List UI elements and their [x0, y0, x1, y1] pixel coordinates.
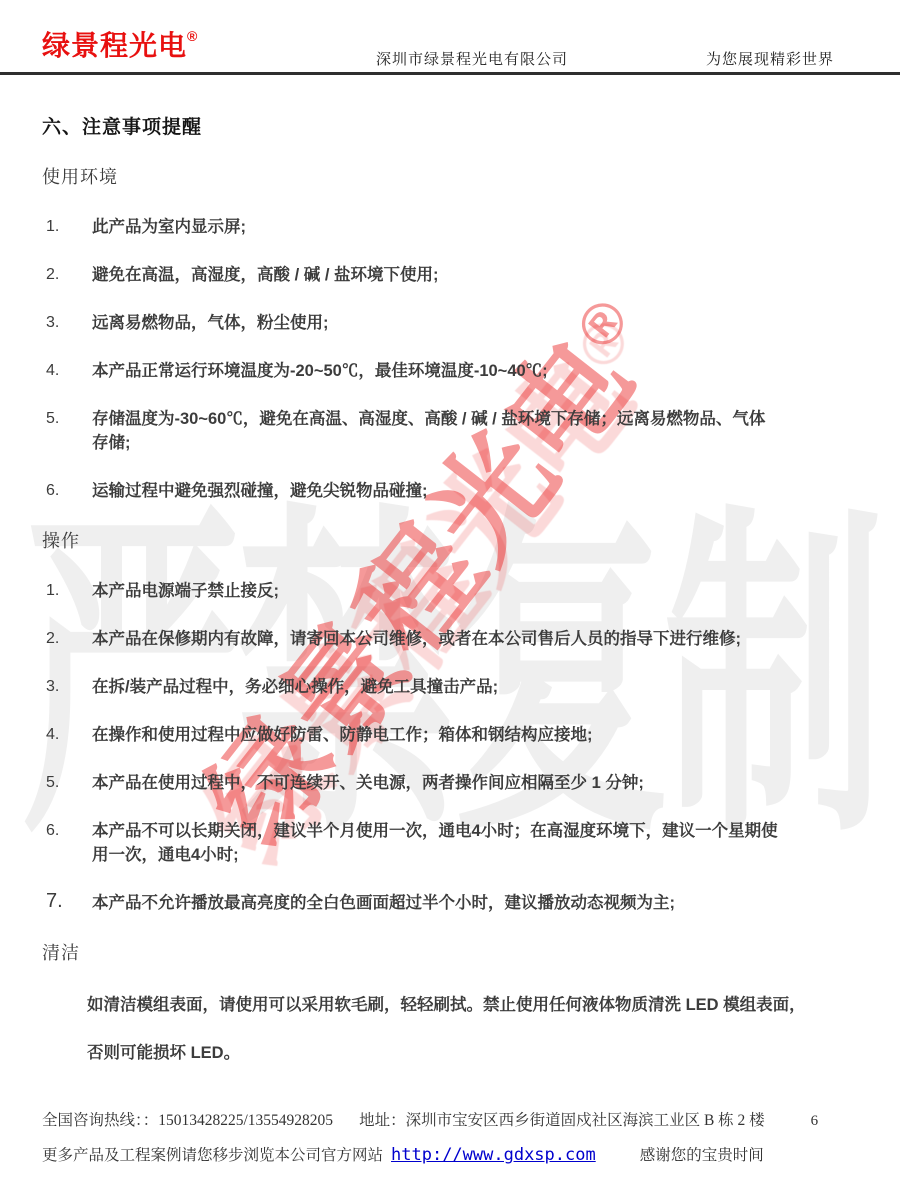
list-item: 2. 避免在高温，高湿度，高酸 / 碱 / 盐环境下使用; [42, 263, 858, 287]
company-slogan: 为您展现精彩世界 [706, 48, 834, 69]
list-item: 2. 本产品在保修期内有故障，请寄回本公司维修，或者在本公司售后人员的指导下进行… [42, 627, 858, 651]
item-text-continued: 用一次，通电4小时; [92, 843, 858, 867]
cleaning-paragraph: 如清洁模组表面，请使用可以采用软毛刷，轻轻刷拭。禁止使用任何液体物质清洗 LED… [42, 993, 858, 1065]
list-item: 1. 本产品电源端子禁止接反; [42, 579, 858, 603]
item-number: 6. [46, 819, 59, 843]
item-number: 7. [46, 889, 63, 913]
item-text: 本产品不可以长期关闭，建议半个月使用一次，通电4小时；在高湿度环境下，建议一个星… [92, 822, 778, 840]
list-item: 7. 本产品不允许播放最高亮度的全白色画面超过半个小时，建议播放动态视频为主; [42, 891, 858, 915]
website-note-text: 更多产品及工程案例请您移步浏览本公司官方网站 [42, 1143, 383, 1165]
list-item: 3. 在拆/装产品过程中，务必细心操作，避免工具撞击产品; [42, 675, 858, 699]
website-link[interactable]: http://www.gdxsp.com [391, 1145, 596, 1165]
item-number: 3. [46, 311, 59, 335]
item-number: 2. [46, 263, 59, 287]
item-text: 在拆/装产品过程中，务必细心操作，避免工具撞击产品; [92, 678, 498, 696]
list-item: 5. 本产品在使用过程中，不可连续开、关电源，两者操作间应相隔至少 1 分钟; [42, 771, 858, 795]
item-text: 本产品在使用过程中，不可连续开、关电源，两者操作间应相隔至少 1 分钟; [92, 774, 644, 792]
item-text-continued: 存储; [92, 431, 858, 455]
company-name: 深圳市绿景程光电有限公司 [376, 48, 568, 69]
page-header: 绿景程光电® 深圳市绿景程光电有限公司 为您展现精彩世界 [0, 0, 900, 75]
list-item: 4. 本产品正常运行环境温度为-20~50℃，最佳环境温度-10~40℃; [42, 359, 858, 383]
item-text: 远离易燃物品，气体，粉尘使用; [92, 314, 329, 332]
list-item: 3. 远离易燃物品，气体，粉尘使用; [42, 311, 858, 335]
list-item: 4. 在操作和使用过程中应做好防雷、防静电工作；箱体和钢结构应接地; [42, 723, 858, 747]
page-title: 六、注意事项提醒 [42, 112, 858, 139]
item-number: 6. [46, 479, 59, 503]
document-body: 六、注意事项提醒 使用环境 1. 此产品为室内显示屏; 2. 避免在高温，高湿度… [0, 112, 900, 1065]
item-text: 本产品在保修期内有故障，请寄回本公司维修，或者在本公司售后人员的指导下进行维修; [92, 630, 741, 648]
item-number: 1. [46, 579, 59, 603]
list-item: 5. 存储温度为-30~60℃，避免在高温、高湿度、高酸 / 碱 / 盐环境下存… [42, 407, 858, 455]
thanks-text: 感谢您的宝贵时间 [640, 1143, 764, 1165]
company-logo-text: 绿景程光电 [42, 30, 187, 61]
item-text: 本产品正常运行环境温度为-20~50℃，最佳环境温度-10~40℃; [92, 362, 548, 380]
section-operation-heading: 操作 [42, 527, 858, 553]
footer-contact-line: 全国咨询热线：：15013428225/13554928205 地址：深圳市宝安… [42, 1108, 858, 1130]
list-item: 1. 此产品为室内显示屏; [42, 215, 858, 239]
item-number: 5. [46, 407, 59, 431]
list-item: 6. 本产品不可以长期关闭，建议半个月使用一次，通电4小时；在高湿度环境下，建议… [42, 819, 858, 867]
footer-website-line: 更多产品及工程案例请您移步浏览本公司官方网站 http://www.gdxsp.… [42, 1143, 858, 1165]
address-text: 地址：深圳市宝安区西乡街道固戍社区海滨工业区 B 栋 2 楼 [359, 1108, 765, 1130]
item-number: 1. [46, 215, 59, 239]
list-item: 6. 运输过程中避免强烈碰撞，避免尖锐物品碰撞; [42, 479, 858, 503]
item-number: 3. [46, 675, 59, 699]
item-number: 2. [46, 627, 59, 651]
item-text: 本产品不允许播放最高亮度的全白色画面超过半个小时，建议播放动态视频为主; [92, 894, 675, 912]
item-text: 在操作和使用过程中应做好防雷、防静电工作；箱体和钢结构应接地; [92, 726, 593, 744]
item-text: 存储温度为-30~60℃，避免在高温、高湿度、高酸 / 碱 / 盐环境下存储；远… [92, 410, 765, 428]
page-footer: 全国咨询热线：：15013428225/13554928205 地址：深圳市宝安… [42, 1108, 858, 1165]
section-cleaning-heading: 清洁 [42, 939, 858, 965]
item-number: 4. [46, 723, 59, 747]
item-text: 运输过程中避免强烈碰撞，避免尖锐物品碰撞; [92, 482, 428, 500]
hotline-text: 全国咨询热线：：15013428225/13554928205 [42, 1108, 333, 1130]
page-number: 6 [811, 1113, 819, 1130]
item-number: 4. [46, 359, 59, 383]
item-text: 此产品为室内显示屏; [92, 218, 246, 236]
item-number: 5. [46, 771, 59, 795]
item-text: 本产品电源端子禁止接反; [92, 582, 279, 600]
section-usage-environment-heading: 使用环境 [42, 163, 858, 189]
registered-mark: ® [187, 28, 198, 44]
cleaning-paragraph-line1: 如清洁模组表面，请使用可以采用软毛刷，轻轻刷拭。禁止使用任何液体物质清洗 LED… [87, 996, 806, 1014]
item-text: 避免在高温，高湿度，高酸 / 碱 / 盐环境下使用; [92, 266, 439, 284]
cleaning-paragraph-line2: 否则可能损坏 LED。 [87, 1041, 858, 1065]
company-logo: 绿景程光电® [42, 24, 198, 64]
